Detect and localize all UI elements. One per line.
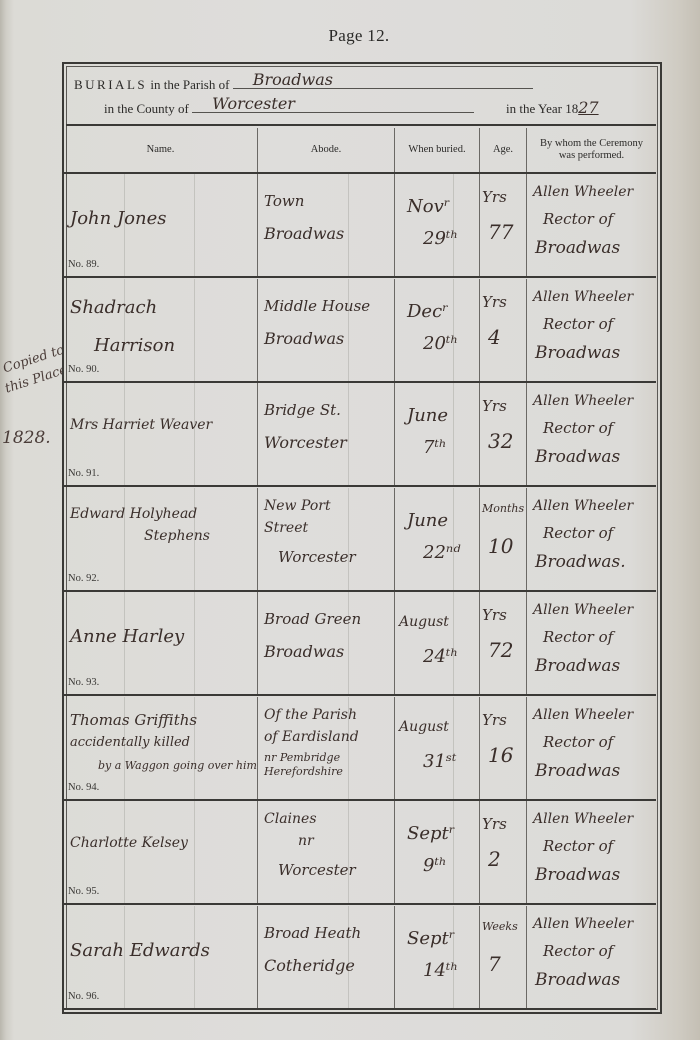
entry-name-line1: Edward Holyhead (70, 506, 197, 522)
name-cell: Mrs Harriet Weaver No. 91. (64, 383, 258, 485)
entry-name-line3: by a Waggon going over him (98, 759, 257, 772)
margin-note: Copied to this Place 1828. (0, 352, 62, 452)
entry-number: No. 92. (68, 573, 99, 584)
abode-cell: Of the Parish of Eardisland nr Pembridge… (258, 697, 395, 799)
entry-abode-line3: nr Pembridge Herefordshire (264, 751, 394, 779)
county-value: Worcester (212, 94, 295, 113)
entry-age: 4 (488, 325, 501, 349)
entry-officiant-title: Rector of (543, 733, 613, 751)
entry-abode-line3: Worcester (278, 863, 408, 877)
entry-age: 72 (488, 638, 513, 662)
year-value: 27 (578, 98, 598, 117)
entry-age-unit: Weeks (482, 920, 518, 933)
when-buried-cell: August 24ᵗʰ (395, 592, 480, 694)
entry-burial-day: 9ᵗʰ (423, 855, 447, 876)
entry-age-unit: Yrs (482, 397, 507, 415)
entry-officiant-place: Broadwas (535, 970, 620, 990)
entry-abode-line2: Broadwas (264, 329, 344, 348)
when-buried-cell: Decʳ 20ᵗʰ (395, 279, 480, 381)
entry-officiant-title: Rector of (543, 942, 613, 960)
column-header-when-buried: When buried. (395, 128, 480, 172)
entry-officiant: Allen Wheeler (533, 393, 633, 409)
entry-name-line2: Harrison (94, 335, 175, 356)
entry-age-unit: Yrs (482, 293, 507, 311)
entry-abode-line2: Cotheridge (264, 956, 355, 975)
entry-name-line1: Anne Harley (70, 626, 184, 647)
entry-officiant-title: Rector of (543, 419, 613, 437)
entry-officiant: Allen Wheeler (533, 707, 633, 723)
entry-abode-line1: Broad Heath (264, 924, 361, 942)
parish-label: in the Parish of (150, 77, 229, 92)
ceremony-cell: Allen Wheeler Rector of Broadwas (527, 383, 656, 485)
entry-number: No. 96. (68, 991, 99, 1002)
entry-burial-month: Septʳ (407, 823, 455, 844)
table-row: Shadrach Harrison No. 90. Middle House B… (64, 279, 656, 383)
age-cell: Yrs 4 (480, 279, 527, 381)
entry-age: 16 (488, 743, 513, 767)
entry-officiant-place: Broadwas (535, 447, 620, 467)
register-header: BURIALS in the Parish of Broadwas in the… (66, 66, 656, 126)
name-cell: Shadrach Harrison No. 90. (64, 279, 258, 381)
entry-abode-line1: Of the Parish (264, 707, 357, 723)
entry-abode-line1: New Port (264, 498, 331, 514)
entry-number: No. 94. (68, 782, 99, 793)
entry-age-unit: Yrs (482, 606, 507, 624)
entry-officiant: Allen Wheeler (533, 184, 633, 200)
name-cell: Anne Harley No. 93. (64, 592, 258, 694)
entry-number: No. 93. (68, 677, 99, 688)
name-cell: John Jones No. 89. (64, 174, 258, 276)
age-cell: Weeks 7 (480, 906, 527, 1008)
entry-burial-month: Septʳ (407, 928, 455, 949)
entry-officiant-place: Broadwas (535, 656, 620, 676)
page-number: Page 12. (0, 26, 700, 46)
entry-officiant: Allen Wheeler (533, 498, 633, 514)
entry-abode-line1: Town (264, 192, 304, 210)
abode-cell: Broad Green Broadwas (258, 592, 395, 694)
column-headers: Name. Abode. When buried. Age. By whom t… (64, 128, 656, 174)
ceremony-cell: Allen Wheeler Rector of Broadwas (527, 697, 656, 799)
when-buried-cell: June 7ᵗʰ (395, 383, 480, 485)
entry-age-unit: Yrs (482, 188, 507, 206)
entry-abode-line1: Claines (264, 811, 317, 827)
burials-heading: BURIALS (74, 77, 147, 92)
county-label: in the County of (104, 101, 189, 116)
entry-burial-day: 22ⁿᵈ (423, 542, 460, 563)
year-label: in the Year 18 (506, 101, 578, 116)
entry-name-line2: Stephens (144, 528, 210, 544)
abode-cell: Claines nr Worcester (258, 801, 395, 903)
entry-age: 10 (488, 534, 513, 558)
entry-officiant-title: Rector of (543, 837, 613, 855)
entry-burial-month: Novʳ (407, 196, 450, 217)
parish-value: Broadwas (253, 70, 333, 89)
entry-age: 2 (488, 847, 501, 871)
entry-burial-day: 31ˢᵗ (423, 751, 456, 772)
entry-name-line1: John Jones (70, 208, 167, 229)
table-row: Sarah Edwards No. 96. Broad Heath Cother… (64, 906, 656, 1010)
entry-officiant: Allen Wheeler (533, 916, 633, 932)
table-row: Thomas Griffiths accidentally killed by … (64, 697, 656, 801)
entry-number: No. 89. (68, 259, 99, 270)
age-cell: Yrs 2 (480, 801, 527, 903)
entry-burial-month: August (399, 614, 449, 630)
entry-burial-day: 29ᵗʰ (423, 228, 458, 249)
entry-officiant-title: Rector of (543, 315, 613, 333)
entry-name-line1: Shadrach (70, 297, 157, 318)
column-header-ceremony: By whom the Ceremony was performed. (527, 128, 656, 172)
abode-cell: Town Broadwas (258, 174, 395, 276)
entry-officiant: Allen Wheeler (533, 811, 633, 827)
entry-abode-line2: Broadwas (264, 642, 344, 661)
entry-age-unit: Yrs (482, 815, 507, 833)
entry-burial-day: 7ᵗʰ (423, 437, 447, 458)
entry-officiant-place: Broadwas (535, 343, 620, 363)
ceremony-cell: Allen Wheeler Rector of Broadwas (527, 279, 656, 381)
ceremony-cell: Allen Wheeler Rector of Broadwas (527, 801, 656, 903)
when-buried-cell: June 22ⁿᵈ (395, 488, 480, 590)
column-header-abode: Abode. (258, 128, 395, 172)
abode-cell: New Port Street Worcester (258, 488, 395, 590)
entry-burial-month: June (407, 510, 448, 531)
ceremony-cell: Allen Wheeler Rector of Broadwas (527, 592, 656, 694)
entry-abode-line2: Broadwas (264, 224, 344, 243)
entry-age: 77 (488, 220, 513, 244)
entry-abode-line1: Bridge St. (264, 401, 341, 419)
entry-abode-line2: of Eardisland (264, 729, 359, 745)
entry-burial-month: Decʳ (407, 301, 448, 322)
entry-abode-line2: Street (264, 520, 308, 536)
age-cell: Yrs 72 (480, 592, 527, 694)
entry-abode-line2: Worcester (264, 433, 347, 452)
table-row: John Jones No. 89. Town Broadwas Novʳ 29… (64, 174, 656, 278)
when-buried-cell: Novʳ 29ᵗʰ (395, 174, 480, 276)
abode-cell: Bridge St. Worcester (258, 383, 395, 485)
ceremony-cell: Allen Wheeler Rector of Broadwas (527, 906, 656, 1008)
entry-officiant-title: Rector of (543, 524, 613, 542)
entry-abode-line1: Broad Green (264, 610, 361, 628)
entry-age-unit: Months (482, 502, 524, 515)
entry-burial-day: 24ᵗʰ (423, 646, 458, 667)
name-cell: Charlotte Kelsey No. 95. (64, 801, 258, 903)
abode-cell: Broad Heath Cotheridge (258, 906, 395, 1008)
name-cell: Thomas Griffiths accidentally killed by … (64, 697, 258, 799)
entry-name-line1: Mrs Harriet Weaver (70, 417, 212, 433)
name-cell: Edward Holyhead Stephens No. 92. (64, 488, 258, 590)
age-cell: Yrs 32 (480, 383, 527, 485)
entry-age: 32 (488, 429, 513, 453)
entry-officiant-place: Broadwas (535, 238, 620, 258)
when-buried-cell: Septʳ 9ᵗʰ (395, 801, 480, 903)
entry-name-line1: Thomas Griffiths (70, 711, 197, 729)
entry-number: No. 95. (68, 886, 99, 897)
entry-name-line1: Charlotte Kelsey (70, 835, 188, 851)
age-cell: Yrs 77 (480, 174, 527, 276)
entry-number: No. 91. (68, 468, 99, 479)
entry-officiant-place: Broadwas. (535, 552, 626, 572)
column-header-name: Name. (64, 128, 258, 172)
entry-abode-line3: Worcester (278, 550, 408, 564)
table-row: Edward Holyhead Stephens No. 92. New Por… (64, 488, 656, 592)
entry-officiant-place: Broadwas (535, 761, 620, 781)
table-row: Anne Harley No. 93. Broad Green Broadwas… (64, 592, 656, 696)
when-buried-cell: Septʳ 14ᵗʰ (395, 906, 480, 1008)
entry-age-unit: Yrs (482, 711, 507, 729)
abode-cell: Middle House Broadwas (258, 279, 395, 381)
ceremony-cell: Allen Wheeler Rector of Broadwas. (527, 488, 656, 590)
entry-name-line2: accidentally killed (70, 735, 190, 750)
entry-burial-month: June (407, 405, 448, 426)
age-cell: Yrs 16 (480, 697, 527, 799)
column-header-age: Age. (480, 128, 527, 172)
table-row: Mrs Harriet Weaver No. 91. Bridge St. Wo… (64, 383, 656, 487)
when-buried-cell: August 31ˢᵗ (395, 697, 480, 799)
entry-number: No. 90. (68, 364, 99, 375)
age-cell: Months 10 (480, 488, 527, 590)
ceremony-cell: Allen Wheeler Rector of Broadwas (527, 174, 656, 276)
table-row: Charlotte Kelsey No. 95. Claines nr Worc… (64, 801, 656, 905)
entry-officiant-place: Broadwas (535, 865, 620, 885)
entry-abode-line1: Middle House (264, 297, 370, 315)
entry-burial-month: August (399, 719, 449, 735)
entry-burial-day: 20ᵗʰ (423, 333, 458, 354)
margin-note-year: 1828. (2, 428, 51, 448)
entry-abode-line2: nr (298, 833, 314, 849)
entry-officiant-title: Rector of (543, 628, 613, 646)
entry-age: 7 (488, 952, 501, 976)
entry-officiant: Allen Wheeler (533, 289, 633, 305)
entry-name-line1: Sarah Edwards (70, 940, 210, 961)
entry-burial-day: 14ᵗʰ (423, 960, 458, 981)
entry-officiant-title: Rector of (543, 210, 613, 228)
name-cell: Sarah Edwards No. 96. (64, 906, 258, 1008)
entry-officiant: Allen Wheeler (533, 602, 633, 618)
